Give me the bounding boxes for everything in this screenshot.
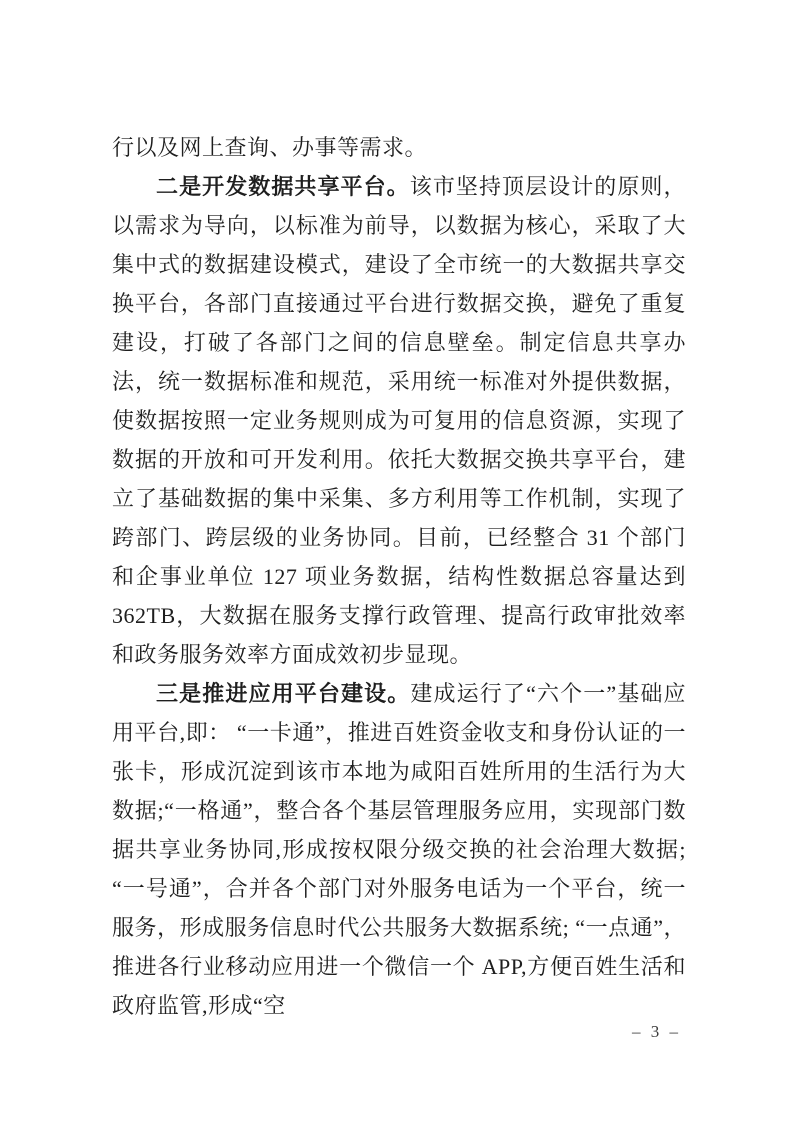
page-number: – 3 – bbox=[632, 1020, 681, 1044]
paragraph-data-sharing-platform: 二是开发数据共享平台。该市坚持顶层设计的原则，以需求为导向，以标准为前导，以数据… bbox=[112, 167, 686, 674]
paragraph-text: 建成运行了“六个一”基础应用平台,即： “一卡通”，推进百姓资金收支和身份认证的… bbox=[112, 681, 686, 1018]
document-page: 行以及网上查询、办事等需求。 二是开发数据共享平台。该市坚持顶层设计的原则，以需… bbox=[0, 0, 793, 1122]
paragraph-text: 行以及网上查询、办事等需求。 bbox=[112, 135, 427, 160]
paragraph-continuation: 行以及网上查询、办事等需求。 bbox=[112, 128, 686, 167]
paragraph-text: 该市坚持顶层设计的原则，以需求为导向，以标准为前导，以数据为核心，采取了大集中式… bbox=[112, 174, 686, 667]
document-body: 行以及网上查询、办事等需求。 二是开发数据共享平台。该市坚持顶层设计的原则，以需… bbox=[112, 128, 686, 1025]
paragraph-lead: 三是推进应用平台建设。 bbox=[156, 681, 410, 706]
paragraph-lead: 二是开发数据共享平台。 bbox=[156, 174, 410, 199]
paragraph-application-platform: 三是推进应用平台建设。建成运行了“六个一”基础应用平台,即： “一卡通”，推进百… bbox=[112, 674, 686, 1025]
